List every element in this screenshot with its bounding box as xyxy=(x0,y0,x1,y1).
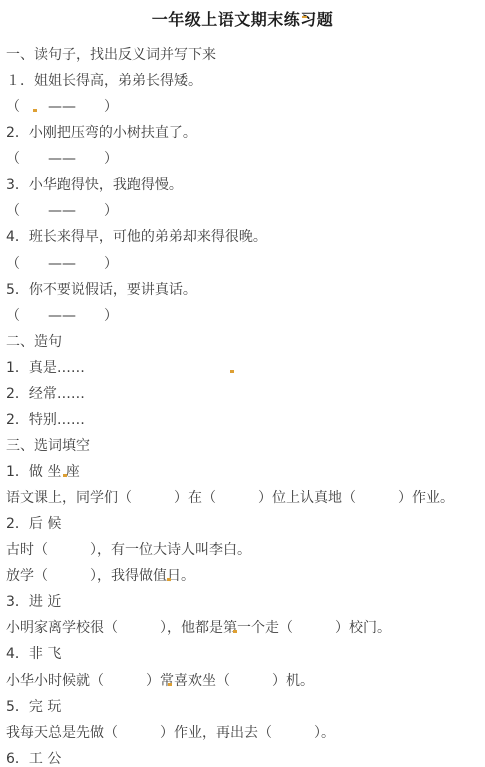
section-heading-line: 二、造句 xyxy=(6,328,485,354)
line-text: 小华小时候就（ ）常喜欢坐（ ）机。 xyxy=(6,673,314,689)
question-line: 1．真是…… xyxy=(6,354,485,380)
line-text: 三、选词填空 xyxy=(6,438,90,454)
question-line: 4．班长来得早，可他的弟弟却来得很晚。 xyxy=(6,223,485,249)
line-text: 6．工 公 xyxy=(6,751,61,767)
question-line: 5．你不要说假话，要讲真话。 xyxy=(6,276,485,302)
fill-blank-line: 语文课上，同学们（ ）在（ ）位上认真地（ ）作业。 xyxy=(6,484,485,510)
word-options-line: 3．进 近 xyxy=(6,588,485,614)
worksheet-lines: 一、读句子，找出反义词并写下来１．姐姐长得高，弟弟长得矮。（ —— ）2．小刚把… xyxy=(0,41,485,767)
line-text: 我每天总是先做（ ）作业，再出去（ ）。 xyxy=(6,725,335,741)
word-options-line: 4．非 飞 xyxy=(6,640,485,666)
line-text: （ —— ） xyxy=(6,99,118,115)
line-text: 4．非 飞 xyxy=(6,646,61,662)
title-text: 一年级上语文期末练习题 xyxy=(152,10,334,29)
artifact-dot xyxy=(230,370,234,373)
line-text: 5．完 玩 xyxy=(6,699,61,715)
line-text: 4．班长来得早，可他的弟弟却来得很晚。 xyxy=(6,229,267,245)
question-line: 2．特别…… xyxy=(6,406,485,432)
line-text: 一、读句子，找出反义词并写下来 xyxy=(6,47,216,63)
line-text: 古时（ ），有一位大诗人叫李白。 xyxy=(6,542,251,558)
line-text: 2．后 候 xyxy=(6,516,61,532)
section-heading-line: 一、读句子，找出反义词并写下来 xyxy=(6,41,485,67)
line-text: 二、造句 xyxy=(6,334,62,350)
line-text: 1．真是…… xyxy=(6,360,85,376)
section-heading-line: 三、选词填空 xyxy=(6,432,485,458)
line-text: （ —— ） xyxy=(6,308,118,324)
artifact-dot xyxy=(233,630,237,633)
artifact-dot xyxy=(167,578,171,581)
question-line: 2．经常…… xyxy=(6,380,485,406)
artifact-dot xyxy=(168,683,172,686)
line-text: （ —— ） xyxy=(6,151,118,167)
fill-blank-line: 古时（ ），有一位大诗人叫李白。 xyxy=(6,536,485,562)
answer-blank-line: （ —— ） xyxy=(6,302,485,328)
line-text: 3．小华跑得快，我跑得慢。 xyxy=(6,177,183,193)
fill-blank-line: 小华小时候就（ ）常喜欢坐（ ）机。 xyxy=(6,667,485,693)
answer-blank-line: （ —— ） xyxy=(6,250,485,276)
line-text: 5．你不要说假话，要讲真话。 xyxy=(6,282,197,298)
line-text: 小明家离学校很（ ），他都是第一个走（ ）校门。 xyxy=(6,620,391,636)
line-text: １．姐姐长得高，弟弟长得矮。 xyxy=(6,73,202,89)
question-line: 2．小刚把压弯的小树扶直了。 xyxy=(6,119,485,145)
word-options-line: 2．后 候 xyxy=(6,510,485,536)
line-text: （ —— ） xyxy=(6,203,118,219)
fill-blank-line: 小明家离学校很（ ），他都是第一个走（ ）校门。 xyxy=(6,614,485,640)
line-text: 2．经常…… xyxy=(6,386,85,402)
artifact-dot xyxy=(63,474,67,477)
worksheet-title: 一年级上语文期末练习题 xyxy=(0,0,485,41)
answer-blank-line: （ —— ） xyxy=(6,145,485,171)
answer-blank-line: （ —— ） xyxy=(6,197,485,223)
word-options-line: 6．工 公 xyxy=(6,745,485,767)
line-text: 1．做 坐 座 xyxy=(6,464,80,480)
question-line: 3．小华跑得快，我跑得慢。 xyxy=(6,171,485,197)
line-text: 语文课上，同学们（ ）在（ ）位上认真地（ ）作业。 xyxy=(6,490,454,506)
line-text: 3．进 近 xyxy=(6,594,61,610)
fill-blank-line: 我每天总是先做（ ）作业，再出去（ ）。 xyxy=(6,719,485,745)
line-text: 放学（ ），我得做值日。 xyxy=(6,568,195,584)
line-text: （ —— ） xyxy=(6,256,118,272)
word-options-line: 1．做 坐 座 xyxy=(6,458,485,484)
artifact-mark xyxy=(302,16,307,18)
worksheet-page: 一年级上语文期末练习题 一、读句子，找出反义词并写下来１．姐姐长得高，弟弟长得矮… xyxy=(0,0,485,767)
artifact-dot xyxy=(33,109,37,112)
question-line: １．姐姐长得高，弟弟长得矮。 xyxy=(6,67,485,93)
word-options-line: 5．完 玩 xyxy=(6,693,485,719)
line-text: 2．特别…… xyxy=(6,412,85,428)
answer-blank-line: （ —— ） xyxy=(6,93,485,119)
line-text: 2．小刚把压弯的小树扶直了。 xyxy=(6,125,197,141)
fill-blank-line: 放学（ ），我得做值日。 xyxy=(6,562,485,588)
